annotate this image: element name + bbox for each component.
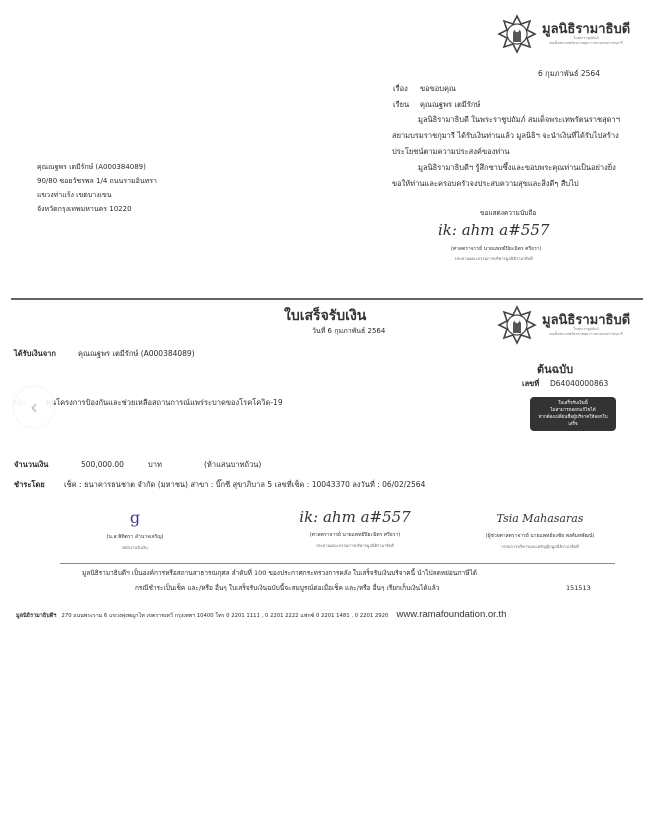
- received-from-value: คุณณฐพร เตมีรักษ์ (A000384089): [78, 350, 195, 358]
- letter-body: มูลนิธิรามาธิบดี ในพระราชูปถัมภ์ สมเด็จพ…: [392, 112, 620, 192]
- cashier-name: (น.ส.พิทิตรา อำนาจเจริญ): [90, 533, 180, 541]
- stamp-line: ไม่สามารถออกแก้ไขได้: [534, 407, 612, 414]
- org-patron: สมเด็จพระเทพรัตนราชสุดาฯ สยามบรมราชกุมาร…: [542, 332, 630, 337]
- treasurer-name: (ผู้ช่วยศาสตราจารย์ นายแพทย์ธงชัย พงศ์มห…: [465, 532, 615, 540]
- chairman-signature: ik: ahm a#557: [285, 508, 425, 526]
- org-patron: สมเด็จพระเทพรัตนราชสุดาฯ สยามบรมราชกุมาร…: [542, 41, 630, 46]
- tax-notice-line1: มูลนิธิรามาธิบดีฯ เป็นองค์การหรือสถานสาธ…: [82, 570, 477, 577]
- receipt-date: วันที่ 6 กุมภาพันธ์ 2564: [312, 328, 385, 335]
- previous-button[interactable]: ‹: [14, 387, 54, 427]
- stamp-line: ใบเสร็จรับเงินนี้: [534, 400, 612, 407]
- paid-by-value: เช็ค : ธนาคารธนชาต จำกัด (มหาชน) สาขา : …: [64, 481, 425, 489]
- currency-label: บาท: [148, 461, 162, 469]
- address-line: 90/80 ซอยวัชรพล 1/4 ถนนรามอินทรา: [37, 174, 157, 188]
- closing: ขอแสดงความนับถือ: [480, 210, 536, 217]
- chevron-left-icon: ‹: [30, 395, 38, 419]
- treasurer-title: กรรมการบริหารและเหรัญญิกมูลนิธิรามาธิบดี: [465, 543, 615, 550]
- chairman-signature-block: ik: ahm a#557 (ศาสตราจารย์ นายแพทย์ปิยะม…: [285, 508, 425, 549]
- receipt-footer: มูลนิธิรามาธิบดีฯ 270 ถนนพระราม 6 แขวงทุ…: [16, 602, 506, 621]
- address-line: คุณณฐพร เตมีรักษ์ (A000384089): [37, 160, 157, 174]
- org-name: มูลนิธิรามาธิบดี: [542, 314, 630, 327]
- letter-body-line: สยามบรมราชกุมารี ได้รับเงินท่านแล้ว มูลน…: [392, 128, 620, 144]
- amount-label: จำนวนเงิน: [14, 461, 48, 469]
- footer-org-name: มูลนิธิรามาธิบดีฯ: [16, 613, 56, 619]
- section-divider: [11, 298, 643, 300]
- copy-label: ต้นฉบับ: [537, 360, 573, 378]
- receipt-org-logo: มูลนิธิรามาธิบดี ในพระราชูปถัมภ์ สมเด็จพ…: [497, 305, 630, 345]
- cashier-signature-block: g (น.ส.พิทิตรา อำนาจเจริญ) พนักงานรับเงิ…: [90, 508, 180, 551]
- receipt-number: D64040000863: [550, 380, 608, 388]
- paid-by-label: ชำระโดย: [14, 481, 45, 489]
- chairman-name: (ศาสตราจารย์ นายแพทย์ปิยะมิตร ศรีธรา): [285, 531, 425, 539]
- stamp-line: หากต้องเปลี่ยนชื่อผู้บริจาคให้ออกใบเสร็จ: [534, 414, 612, 428]
- letter-signer-title: ประธานคณะกรรมการบริหารมูลนิธิรามาธิบดี: [455, 255, 533, 262]
- org-name: มูลนิธิรามาธิบดี: [542, 23, 630, 36]
- letter-body-line: ประโยชน์ตามความประสงค์ของท่าน: [392, 144, 620, 160]
- address-line: แขวงท่าแร้ง เขตบางเขน: [37, 188, 157, 202]
- letter-org-logo: มูลนิธิรามาธิบดี ในพระราชูปถัมภ์ สมเด็จพ…: [497, 14, 630, 54]
- letter-body-line: มูลนิธิรามาธิบดี ในพระราชูปถัมภ์ สมเด็จพ…: [392, 112, 620, 128]
- to-label: เรียน: [393, 101, 409, 109]
- subject-label: เรื่อง: [393, 85, 408, 93]
- receipt-number-label: เลขที่: [522, 380, 539, 388]
- letter-signature: ik: ahm a#557: [438, 221, 549, 239]
- received-from-label: ได้รับเงินจาก: [14, 350, 56, 358]
- cashier-signature: g: [90, 508, 180, 527]
- address-line: จังหวัดกรุงเทพมหานคร 10220: [37, 202, 157, 216]
- letter-date: 6 กุมภาพันธ์ 2564: [538, 70, 600, 78]
- cashier-title: พนักงานรับเงิน: [90, 544, 180, 551]
- chairman-title: ประธานคณะกรรมการบริหารมูลนิธิรามาธิบดี: [285, 542, 425, 549]
- receipt-title: ใบเสร็จรับเงิน: [284, 305, 366, 327]
- reference-code: 151513: [566, 585, 591, 592]
- no-edit-stamp: ใบเสร็จรับเงินนี้ ไม่สามารถออกแก้ไขได้ ห…: [530, 397, 616, 431]
- footer-website-link[interactable]: www.ramafoundation.or.th: [397, 609, 507, 620]
- letter-body-line: ขอให้ท่านและครอบครัวจงประสบความสุขและสิ่…: [392, 176, 620, 192]
- treasurer-signature-block: Tsia Mahasaras (ผู้ช่วยศาสตราจารย์ นายแพ…: [465, 512, 615, 550]
- subject-value: ขอขอบคุณ: [420, 85, 456, 93]
- footer-address: 270 ถนนพระราม 6 แขวงทุ่งพญาไท เขตราชเทวี…: [61, 613, 388, 619]
- purpose-value: ทุนโครงการป้องกันและช่วยเหลือสถานการณ์แพ…: [46, 399, 283, 407]
- to-value: คุณณฐพร เตมีรักษ์: [420, 101, 480, 109]
- foundation-emblem-icon: [497, 14, 537, 54]
- signature-divider: [60, 563, 615, 564]
- tax-notice-line2: กรณีชำระเป็นเช็ค และ/หรือ อื่นๆ ใบเสร็จร…: [135, 585, 439, 592]
- amount-value: 500,000.00: [81, 461, 124, 469]
- treasurer-signature: Tsia Mahasaras: [465, 512, 615, 525]
- amount-in-words: (ห้าแสนบาทถ้วน): [204, 461, 261, 469]
- foundation-emblem-icon: [497, 305, 537, 345]
- recipient-address: คุณณฐพร เตมีรักษ์ (A000384089) 90/80 ซอย…: [37, 160, 157, 216]
- letter-signer-name: (ศาสตราจารย์ นายแพทย์ปิยะมิตร ศรีธรา): [451, 245, 542, 253]
- letter-body-line: มูลนิธิรามาธิบดีฯ รู้สึกซาบซึ้งและขอบพระ…: [392, 160, 620, 176]
